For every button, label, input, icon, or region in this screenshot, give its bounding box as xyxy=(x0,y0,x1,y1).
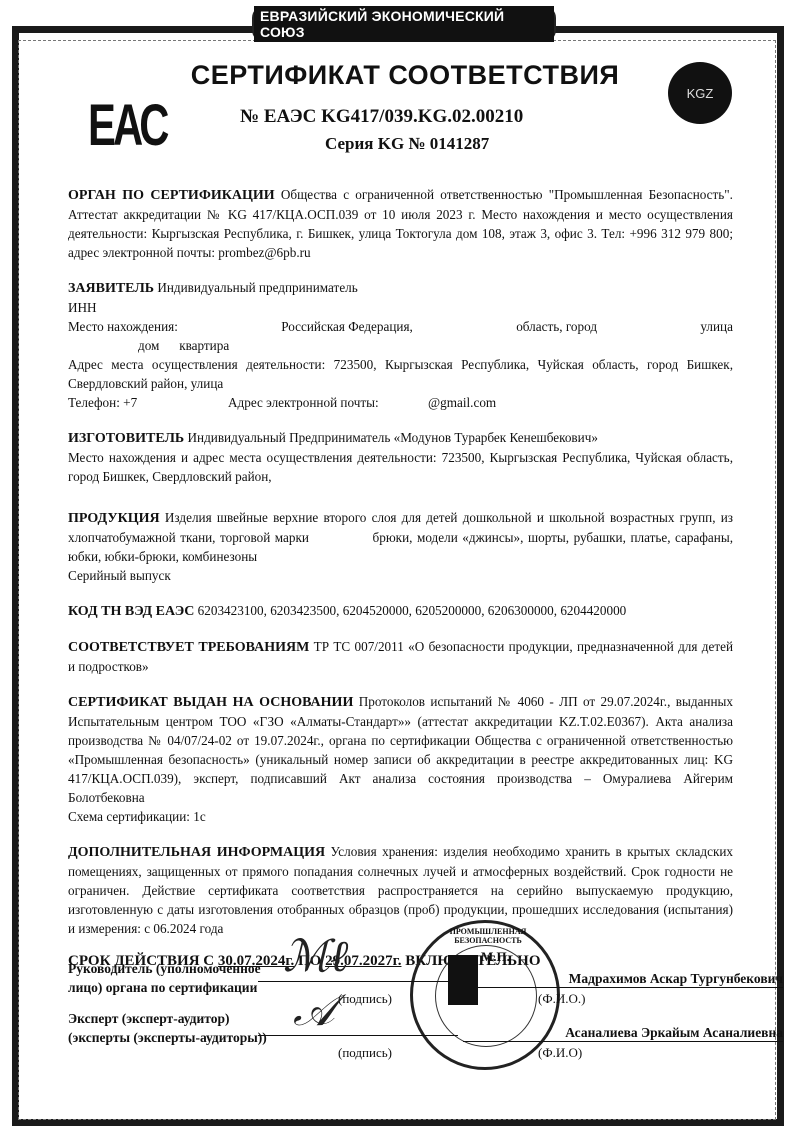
section-heading: ЗАЯВИТЕЛЬ xyxy=(68,281,154,296)
section-certification-body: ОРГАН ПО СЕРТИФИКАЦИИ Общества с огранич… xyxy=(68,185,733,262)
section-heading: СООТВЕТСТВУЕТ ТРЕБОВАНИЯМ xyxy=(68,640,309,655)
applicant-apartment: квартира xyxy=(179,338,229,353)
stamp-text: ПРОМЫШЛЕННАЯ БЕЗОПАСНОСТЬ xyxy=(423,927,553,945)
expert-label: Эксперт (эксперт-аудитор) (эксперты (экс… xyxy=(68,1009,267,1047)
signature-block: Руководитель (уполномоченное лицо) орган… xyxy=(68,955,733,1075)
head-label-line-2: лицо) органа по сертификации xyxy=(68,978,261,997)
certificate-number: № ЕАЭС KG417/039.KG.02.00210 xyxy=(240,106,523,128)
eac-logo-icon: ЕАС xyxy=(88,92,166,159)
section-heading: СЕРТИФИКАТ ВЫДАН НА ОСНОВАНИИ xyxy=(68,695,353,710)
head-label: Руководитель (уполномоченное лицо) орган… xyxy=(68,959,261,997)
certificate-series: Серия KG № 0141287 xyxy=(325,134,489,154)
kgz-emblem-icon: KGZ xyxy=(668,62,732,124)
applicant-inn: ИНН xyxy=(68,298,733,317)
section-requirements: СООТВЕТСТВУЕТ ТРЕБОВАНИЯМ ТР ТС 007/2011… xyxy=(68,637,733,676)
applicant-activity-address: Адрес места осуществления деятельности: … xyxy=(68,355,733,393)
applicant-street: улица xyxy=(700,317,733,336)
head-signature-icon: ℳℓ xyxy=(283,931,348,982)
section-product: ПРОДУКЦИЯ Изделия швейные верхние второг… xyxy=(68,508,733,585)
section-heading: ОРГАН ПО СЕРТИФИКАЦИИ xyxy=(68,188,275,203)
product-release: Серийный выпуск xyxy=(68,566,733,585)
expert-signature-line xyxy=(258,1035,458,1036)
head-signature-caption: (подпись) xyxy=(338,991,392,1007)
section-heading: ИЗГОТОВИТЕЛЬ xyxy=(68,431,184,446)
manufacturer-name: Индивидуальный Предприниматель «Модунов … xyxy=(187,430,597,445)
section-heading: КОД ТН ВЭД ЕАЭС xyxy=(68,604,194,619)
expert-signature-caption: (подпись) xyxy=(338,1045,392,1061)
certification-scheme: Схема сертификации: 1с xyxy=(68,807,733,826)
manufacturer-address: Место нахождения и адрес места осуществл… xyxy=(68,448,733,486)
tn-ved-codes: 6203423100, 6203423500, 6204520000, 6205… xyxy=(198,603,627,618)
section-manufacturer: ИЗГОТОВИТЕЛЬ Индивидуальный Предпринимат… xyxy=(68,428,733,486)
applicant-phone: Телефон: +7 xyxy=(68,393,228,412)
document-title: СЕРТИФИКАТ СООТВЕТСТВИЯ xyxy=(160,60,650,91)
head-name-caption: (Ф.И.О.) xyxy=(538,991,585,1007)
head-label-line-1: Руководитель (уполномоченное xyxy=(68,959,261,978)
expert-signature-icon: 𝒜 xyxy=(293,985,335,1036)
location-label: Место нахождения: xyxy=(68,317,178,336)
head-name: Мадрахимов Аскар Тургунбекович xyxy=(463,971,783,988)
section-heading: ПРОДУКЦИЯ xyxy=(68,511,160,526)
certificate-body: ОРГАН ПО СЕРТИФИКАЦИИ Общества с огранич… xyxy=(68,185,733,971)
stamp-mark: М.П. xyxy=(481,949,510,965)
expert-label-line-1: Эксперт (эксперт-аудитор) xyxy=(68,1009,267,1028)
applicant-type: Индивидуальный предприниматель xyxy=(157,280,357,295)
eaeu-banner: ЕВРАЗИЙСКИЙ ЭКОНОМИЧЕСКИЙ СОЮЗ xyxy=(252,6,556,42)
expert-name: Асаналиева Эркайым Асаналиевна xyxy=(463,1025,783,1042)
section-basis: СЕРТИФИКАТ ВЫДАН НА ОСНОВАНИИ Протоколов… xyxy=(68,692,733,826)
applicant-email: @gmail.com xyxy=(428,393,496,412)
applicant-region: область, город xyxy=(516,317,597,336)
email-label: Адрес электронной почты: xyxy=(228,393,428,412)
section-applicant: ЗАЯВИТЕЛЬ Индивидуальный предприниматель… xyxy=(68,278,733,412)
section-tn-ved: КОД ТН ВЭД ЕАЭС 6203423100, 6203423500, … xyxy=(68,601,733,621)
applicant-country: Российская Федерация, xyxy=(281,317,413,336)
basis-text: Протоколов испытаний № 4060 - ЛП от 29.0… xyxy=(68,694,733,805)
expert-name-caption: (Ф.И.О) xyxy=(538,1045,582,1061)
emblem-text: KGZ xyxy=(687,86,714,101)
expert-label-line-2: (эксперты (эксперты-аудиторы)) xyxy=(68,1028,267,1047)
section-heading: ДОПОЛНИТЕЛЬНАЯ ИНФОРМАЦИЯ xyxy=(68,845,325,860)
banner-text: ЕВРАЗИЙСКИЙ ЭКОНОМИЧЕСКИЙ СОЮЗ xyxy=(254,6,554,42)
section-additional-info: ДОПОЛНИТЕЛЬНАЯ ИНФОРМАЦИЯ Условия хранен… xyxy=(68,842,733,938)
applicant-house: дом xyxy=(138,338,159,353)
